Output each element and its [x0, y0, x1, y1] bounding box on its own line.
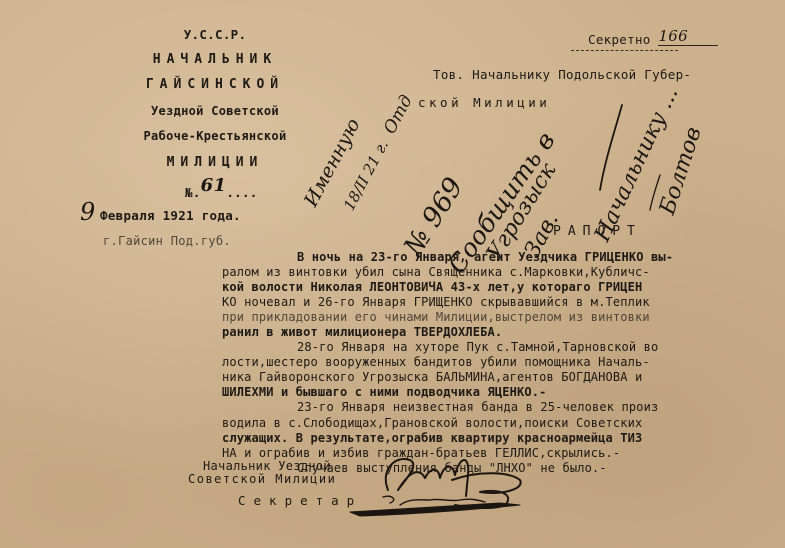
document-page: У.С.С.Р. НАЧАЛЬНИК ГАЙСИНСКОЙ Уездной Со…	[0, 0, 785, 548]
secretary-signature-icon	[383, 496, 485, 505]
ink-strokes	[0, 0, 785, 548]
